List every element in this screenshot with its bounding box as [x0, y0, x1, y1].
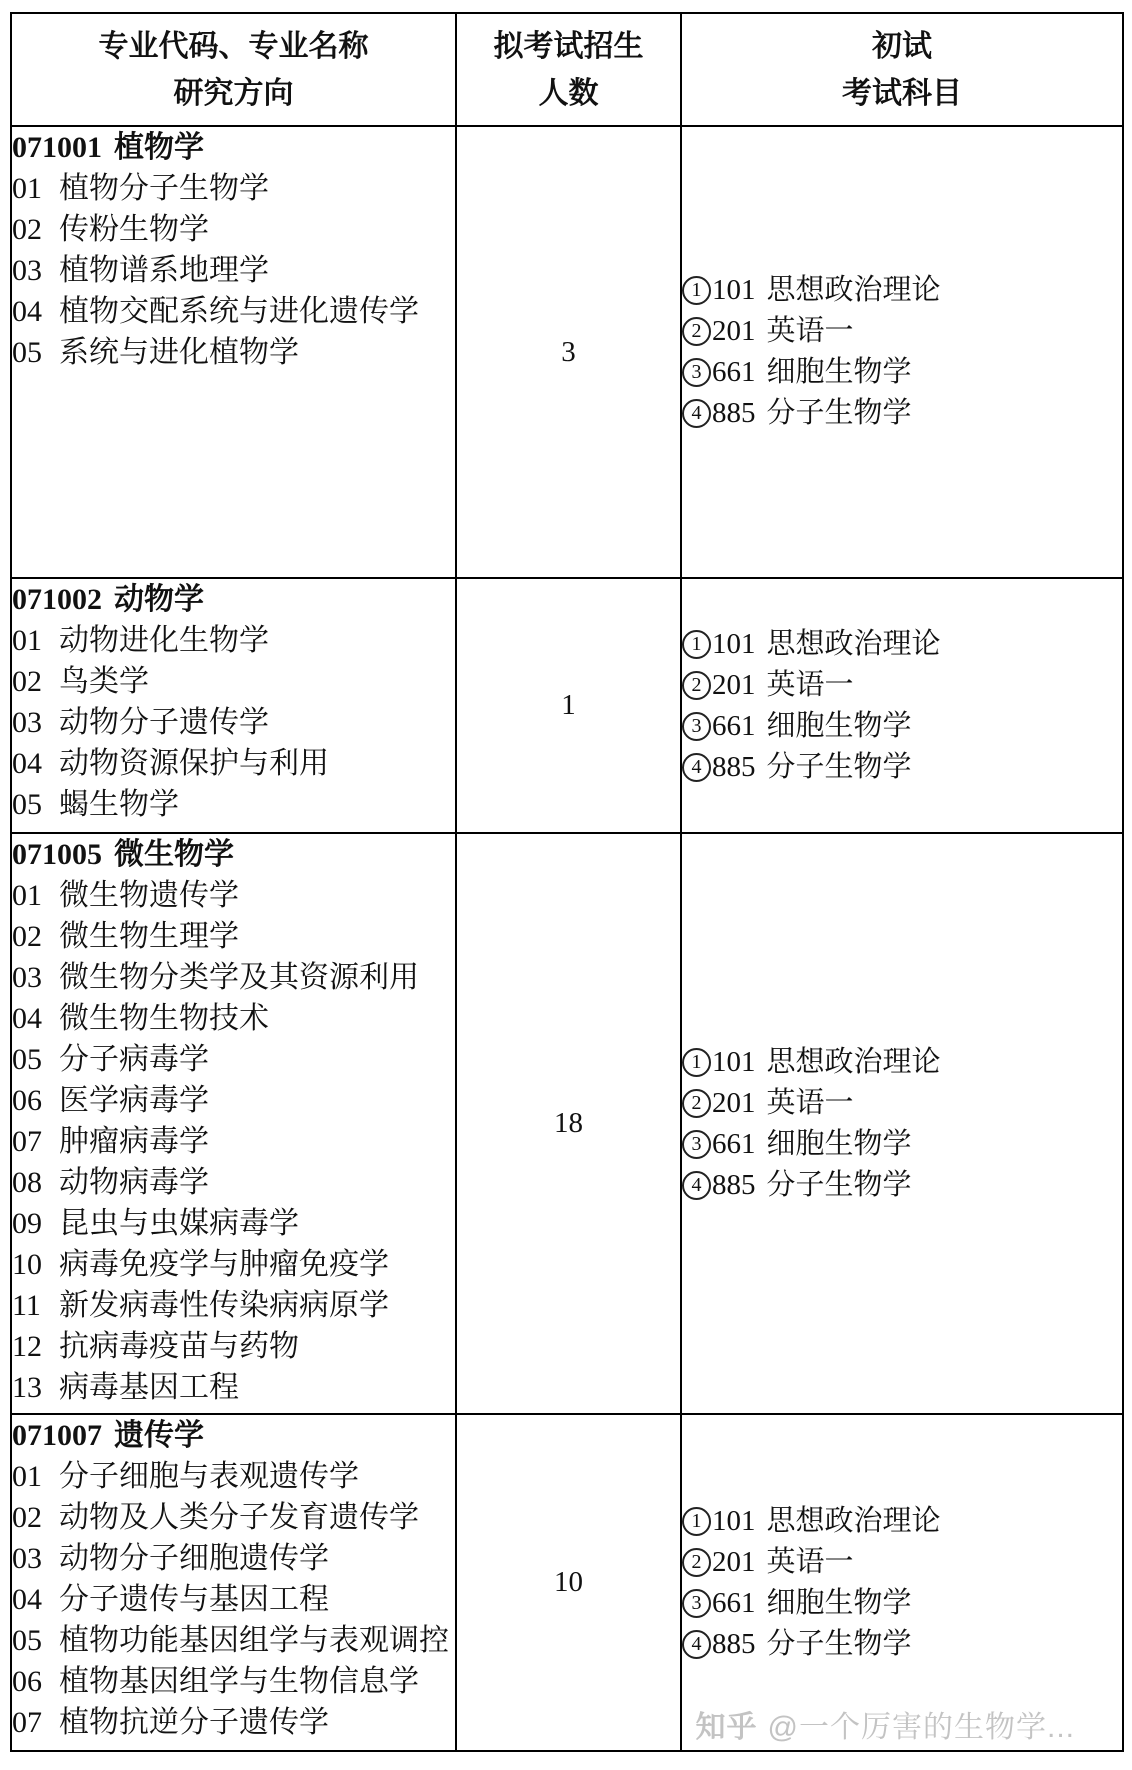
research-direction: 05蝎生物学: [12, 784, 455, 825]
direction-name: 动物分子遗传学: [59, 706, 269, 739]
direction-number: 11: [12, 1285, 44, 1326]
subject-name: 英语一: [767, 1542, 854, 1583]
research-direction: 03植物谱系地理学: [12, 250, 455, 291]
direction-number: 03: [12, 957, 44, 998]
research-direction: 06植物基因组学与生物信息学: [12, 1661, 455, 1702]
direction-name: 植物功能基因组学与表观调控: [59, 1624, 449, 1657]
major-title: 071001植物学: [12, 127, 455, 168]
research-direction: 01微生物遗传学: [12, 875, 455, 916]
direction-number: 13: [12, 1367, 44, 1408]
subject-name: 分子生物学: [767, 1624, 912, 1665]
research-direction: 07肿瘤病毒学: [12, 1121, 455, 1162]
research-direction: 13病毒基因工程: [12, 1367, 455, 1408]
research-direction: 02动物及人类分子发育遗传学: [12, 1497, 455, 1538]
direction-name: 植物抗逆分子遗传学: [59, 1706, 329, 1739]
direction-number: 05: [12, 784, 44, 825]
major-name: 植物学: [114, 131, 204, 164]
exam-subjects-cell: 1101思想政治理论2201英语一3661细胞生物学4885分子生物学: [681, 1414, 1123, 1751]
direction-name: 植物谱系地理学: [59, 254, 269, 287]
circled-number-icon: 2: [682, 317, 711, 346]
direction-number: 07: [12, 1121, 44, 1162]
research-direction: 06医学病毒学: [12, 1080, 455, 1121]
col-header-major-line1: 专业代码、专业名称: [12, 23, 455, 70]
direction-name: 动物及人类分子发育遗传学: [59, 1501, 419, 1534]
circled-number-icon: 4: [682, 1630, 711, 1659]
direction-name: 抗病毒疫苗与药物: [59, 1330, 299, 1363]
subject-name: 思想政治理论: [767, 1501, 941, 1542]
direction-number: 09: [12, 1203, 44, 1244]
header-row: 专业代码、专业名称 研究方向 拟考试招生 人数 初试 考试科目: [11, 13, 1123, 126]
subject-name: 细胞生物学: [767, 706, 912, 747]
major-name: 遗传学: [114, 1419, 204, 1452]
direction-number: 03: [12, 250, 44, 291]
major-directions-cell: 071001植物学 01植物分子生物学02传粉生物学03植物谱系地理学04植物交…: [11, 126, 456, 578]
direction-name: 病毒免疫学与肿瘤免疫学: [59, 1248, 389, 1281]
direction-number: 02: [12, 661, 44, 702]
subject-name: 英语一: [767, 311, 854, 352]
subject-code: 885: [712, 393, 756, 434]
direction-name: 动物进化生物学: [59, 624, 269, 657]
subject-code: 201: [712, 665, 756, 706]
research-direction: 05植物功能基因组学与表观调控: [12, 1620, 455, 1661]
direction-number: 02: [12, 209, 44, 250]
direction-number: 08: [12, 1162, 44, 1203]
direction-number: 01: [12, 620, 44, 661]
col-header-major-line2: 研究方向: [12, 70, 455, 117]
subject-code: 201: [712, 311, 756, 352]
direction-number: 01: [12, 875, 44, 916]
watermark-handle: @一个厉害的生物学...: [768, 1711, 1075, 1744]
exam-subject: 1101思想政治理论: [682, 624, 1122, 665]
subject-code: 201: [712, 1542, 756, 1583]
col-header-exam-line2: 考试科目: [682, 70, 1122, 117]
subject-code: 885: [712, 1624, 756, 1665]
direction-number: 01: [12, 1456, 44, 1497]
exam-subject: 4885分子生物学: [682, 393, 1122, 434]
research-direction: 07植物抗逆分子遗传学: [12, 1702, 455, 1743]
table-header: 专业代码、专业名称 研究方向 拟考试招生 人数 初试 考试科目: [11, 13, 1123, 126]
research-direction: 03动物分子遗传学: [12, 702, 455, 743]
subject-name: 细胞生物学: [767, 1124, 912, 1165]
research-direction: 03动物分子细胞遗传学: [12, 1538, 455, 1579]
watermark: 知乎@一个厉害的生物学...: [696, 1702, 1075, 1746]
circled-number-icon: 4: [682, 753, 711, 782]
exam-subject: 3661细胞生物学: [682, 706, 1122, 747]
exam-subject: 4885分子生物学: [682, 1624, 1122, 1665]
subject-code: 885: [712, 1165, 756, 1206]
admissions-page: 专业代码、专业名称 研究方向 拟考试招生 人数 初试 考试科目 071001植物…: [0, 0, 1132, 1770]
col-header-enrollment: 拟考试招生 人数: [456, 13, 681, 126]
enrollment-count: 1: [457, 689, 680, 722]
circled-number-icon: 1: [682, 1048, 711, 1077]
exam-subject: 4885分子生物学: [682, 1165, 1122, 1206]
subject-code: 661: [712, 352, 756, 393]
research-direction: 04分子遗传与基因工程: [12, 1579, 455, 1620]
direction-name: 传粉生物学: [59, 213, 209, 246]
subject-code: 885: [712, 747, 756, 788]
research-direction: 12抗病毒疫苗与药物: [12, 1326, 455, 1367]
research-direction: 11新发病毒性传染病病原学: [12, 1285, 455, 1326]
direction-number: 06: [12, 1661, 44, 1702]
subject-name: 分子生物学: [767, 1165, 912, 1206]
major-code: 071007: [12, 1419, 102, 1452]
research-direction: 04植物交配系统与进化遗传学: [12, 291, 455, 332]
exam-subjects-cell: 1101思想政治理论2201英语一3661细胞生物学4885分子生物学: [681, 833, 1123, 1414]
direction-name: 微生物遗传学: [59, 879, 239, 912]
subject-name: 思想政治理论: [767, 270, 941, 311]
direction-name: 病毒基因工程: [59, 1371, 239, 1404]
direction-name: 微生物生物技术: [59, 1002, 269, 1035]
subject-name: 思想政治理论: [767, 1042, 941, 1083]
exam-subject: 3661细胞生物学: [682, 352, 1122, 393]
direction-number: 03: [12, 1538, 44, 1579]
enrollment-cell: 3: [456, 126, 681, 578]
major-title: 071002动物学: [12, 579, 455, 620]
circled-number-icon: 2: [682, 1089, 711, 1118]
enrollment-count: 18: [457, 1107, 680, 1140]
direction-name: 昆虫与虫媒病毒学: [59, 1207, 299, 1240]
direction-name: 微生物分类学及其资源利用: [59, 961, 419, 994]
major-code: 071001: [12, 131, 102, 164]
exam-subject: 1101思想政治理论: [682, 270, 1122, 311]
exam-subject: 2201英语一: [682, 311, 1122, 352]
subjects-list: 1101思想政治理论2201英语一3661细胞生物学4885分子生物学: [682, 1501, 1122, 1665]
col-header-enrollment-line2: 人数: [457, 70, 680, 117]
subject-name: 细胞生物学: [767, 352, 912, 393]
subject-code: 101: [712, 1042, 756, 1083]
research-direction: 08动物病毒学: [12, 1162, 455, 1203]
col-header-enrollment-line1: 拟考试招生: [457, 23, 680, 70]
direction-name: 新发病毒性传染病病原学: [59, 1289, 389, 1322]
research-direction: 05系统与进化植物学: [12, 332, 455, 373]
direction-name: 动物分子细胞遗传学: [59, 1542, 329, 1575]
major-directions-cell: 071007遗传学 01分子细胞与表观遗传学02动物及人类分子发育遗传学03动物…: [11, 1414, 456, 1751]
subject-code: 661: [712, 1124, 756, 1165]
direction-number: 04: [12, 743, 44, 784]
admissions-table: 专业代码、专业名称 研究方向 拟考试招生 人数 初试 考试科目 071001植物…: [10, 12, 1124, 1752]
direction-number: 12: [12, 1326, 44, 1367]
direction-name: 植物交配系统与进化遗传学: [59, 295, 419, 328]
direction-number: 05: [12, 332, 44, 373]
directions-list: 01微生物遗传学02微生物生理学03微生物分类学及其资源利用04微生物生物技术0…: [12, 875, 455, 1408]
enrollment-count: 3: [457, 336, 680, 369]
research-direction: 04微生物生物技术: [12, 998, 455, 1039]
direction-name: 分子遗传与基因工程: [59, 1583, 329, 1616]
direction-name: 系统与进化植物学: [59, 336, 299, 369]
subject-code: 661: [712, 706, 756, 747]
enrollment-cell: 1: [456, 578, 681, 833]
major-row: 071001植物学 01植物分子生物学02传粉生物学03植物谱系地理学04植物交…: [11, 126, 1123, 578]
direction-number: 04: [12, 1579, 44, 1620]
subject-name: 分子生物学: [767, 747, 912, 788]
major-code: 071005: [12, 838, 102, 871]
exam-subject: 2201英语一: [682, 665, 1122, 706]
direction-name: 蝎生物学: [59, 788, 179, 821]
subjects-list: 1101思想政治理论2201英语一3661细胞生物学4885分子生物学: [682, 624, 1122, 788]
exam-subject: 1101思想政治理论: [682, 1042, 1122, 1083]
major-title: 071005微生物学: [12, 834, 455, 875]
direction-name: 植物基因组学与生物信息学: [59, 1665, 419, 1698]
direction-name: 分子病毒学: [59, 1043, 209, 1076]
direction-number: 02: [12, 1497, 44, 1538]
directions-list: 01分子细胞与表观遗传学02动物及人类分子发育遗传学03动物分子细胞遗传学04分…: [12, 1456, 455, 1743]
research-direction: 01植物分子生物学: [12, 168, 455, 209]
zhihu-logo: 知乎: [696, 1711, 758, 1744]
enrollment-cell: 18: [456, 833, 681, 1414]
circled-number-icon: 1: [682, 276, 711, 305]
directions-list: 01动物进化生物学02鸟类学03动物分子遗传学04动物资源保护与利用05蝎生物学: [12, 620, 455, 825]
circled-number-icon: 2: [682, 1548, 711, 1577]
direction-name: 分子细胞与表观遗传学: [59, 1460, 359, 1493]
major-title: 071007遗传学: [12, 1415, 455, 1456]
subject-code: 101: [712, 624, 756, 665]
direction-number: 06: [12, 1080, 44, 1121]
circled-number-icon: 3: [682, 1589, 711, 1618]
direction-number: 04: [12, 998, 44, 1039]
subject-code: 101: [712, 1501, 756, 1542]
circled-number-icon: 1: [682, 1507, 711, 1536]
direction-name: 动物病毒学: [59, 1166, 209, 1199]
direction-number: 01: [12, 168, 44, 209]
research-direction: 01动物进化生物学: [12, 620, 455, 661]
direction-number: 05: [12, 1039, 44, 1080]
subject-code: 661: [712, 1583, 756, 1624]
direction-name: 微生物生理学: [59, 920, 239, 953]
enrollment-cell: 10: [456, 1414, 681, 1751]
research-direction: 03微生物分类学及其资源利用: [12, 957, 455, 998]
major-code: 071002: [12, 583, 102, 616]
col-header-exam-subjects: 初试 考试科目: [681, 13, 1123, 126]
major-row: 071005微生物学 01微生物遗传学02微生物生理学03微生物分类学及其资源利…: [11, 833, 1123, 1414]
research-direction: 10病毒免疫学与肿瘤免疫学: [12, 1244, 455, 1285]
research-direction: 04动物资源保护与利用: [12, 743, 455, 784]
research-direction: 01分子细胞与表观遗传学: [12, 1456, 455, 1497]
exam-subject: 2201英语一: [682, 1542, 1122, 1583]
circled-number-icon: 3: [682, 1130, 711, 1159]
subject-name: 英语一: [767, 1083, 854, 1124]
circled-number-icon: 3: [682, 712, 711, 741]
major-directions-cell: 071002动物学 01动物进化生物学02鸟类学03动物分子遗传学04动物资源保…: [11, 578, 456, 833]
table-body: 071001植物学 01植物分子生物学02传粉生物学03植物谱系地理学04植物交…: [11, 126, 1123, 1751]
circled-number-icon: 3: [682, 358, 711, 387]
major-name: 动物学: [114, 583, 204, 616]
circled-number-icon: 4: [682, 1171, 711, 1200]
exam-subjects-cell: 1101思想政治理论2201英语一3661细胞生物学4885分子生物学: [681, 126, 1123, 578]
subject-code: 101: [712, 270, 756, 311]
major-directions-cell: 071005微生物学 01微生物遗传学02微生物生理学03微生物分类学及其资源利…: [11, 833, 456, 1414]
direction-number: 05: [12, 1620, 44, 1661]
direction-number: 07: [12, 1702, 44, 1743]
col-header-exam-line1: 初试: [682, 23, 1122, 70]
research-direction: 02鸟类学: [12, 661, 455, 702]
col-header-major: 专业代码、专业名称 研究方向: [11, 13, 456, 126]
direction-number: 04: [12, 291, 44, 332]
directions-list: 01植物分子生物学02传粉生物学03植物谱系地理学04植物交配系统与进化遗传学0…: [12, 168, 455, 373]
research-direction: 02传粉生物学: [12, 209, 455, 250]
direction-name: 植物分子生物学: [59, 172, 269, 205]
circled-number-icon: 4: [682, 399, 711, 428]
subject-name: 分子生物学: [767, 393, 912, 434]
exam-subject: 3661细胞生物学: [682, 1583, 1122, 1624]
major-row: 071002动物学 01动物进化生物学02鸟类学03动物分子遗传学04动物资源保…: [11, 578, 1123, 833]
exam-subject: 4885分子生物学: [682, 747, 1122, 788]
major-name: 微生物学: [114, 838, 234, 871]
direction-name: 鸟类学: [59, 665, 149, 698]
exam-subject: 1101思想政治理论: [682, 1501, 1122, 1542]
subject-name: 英语一: [767, 665, 854, 706]
direction-name: 肿瘤病毒学: [59, 1125, 209, 1158]
direction-name: 动物资源保护与利用: [59, 747, 329, 780]
circled-number-icon: 2: [682, 671, 711, 700]
research-direction: 05分子病毒学: [12, 1039, 455, 1080]
direction-number: 03: [12, 702, 44, 743]
major-row: 071007遗传学 01分子细胞与表观遗传学02动物及人类分子发育遗传学03动物…: [11, 1414, 1123, 1751]
research-direction: 09昆虫与虫媒病毒学: [12, 1203, 455, 1244]
direction-number: 02: [12, 916, 44, 957]
subjects-list: 1101思想政治理论2201英语一3661细胞生物学4885分子生物学: [682, 270, 1122, 434]
subject-name: 细胞生物学: [767, 1583, 912, 1624]
exam-subject: 2201英语一: [682, 1083, 1122, 1124]
subject-code: 201: [712, 1083, 756, 1124]
exam-subject: 3661细胞生物学: [682, 1124, 1122, 1165]
subject-name: 思想政治理论: [767, 624, 941, 665]
direction-name: 医学病毒学: [59, 1084, 209, 1117]
exam-subjects-cell: 1101思想政治理论2201英语一3661细胞生物学4885分子生物学: [681, 578, 1123, 833]
enrollment-count: 10: [457, 1566, 680, 1599]
direction-number: 10: [12, 1244, 44, 1285]
circled-number-icon: 1: [682, 630, 711, 659]
research-direction: 02微生物生理学: [12, 916, 455, 957]
subjects-list: 1101思想政治理论2201英语一3661细胞生物学4885分子生物学: [682, 1042, 1122, 1206]
